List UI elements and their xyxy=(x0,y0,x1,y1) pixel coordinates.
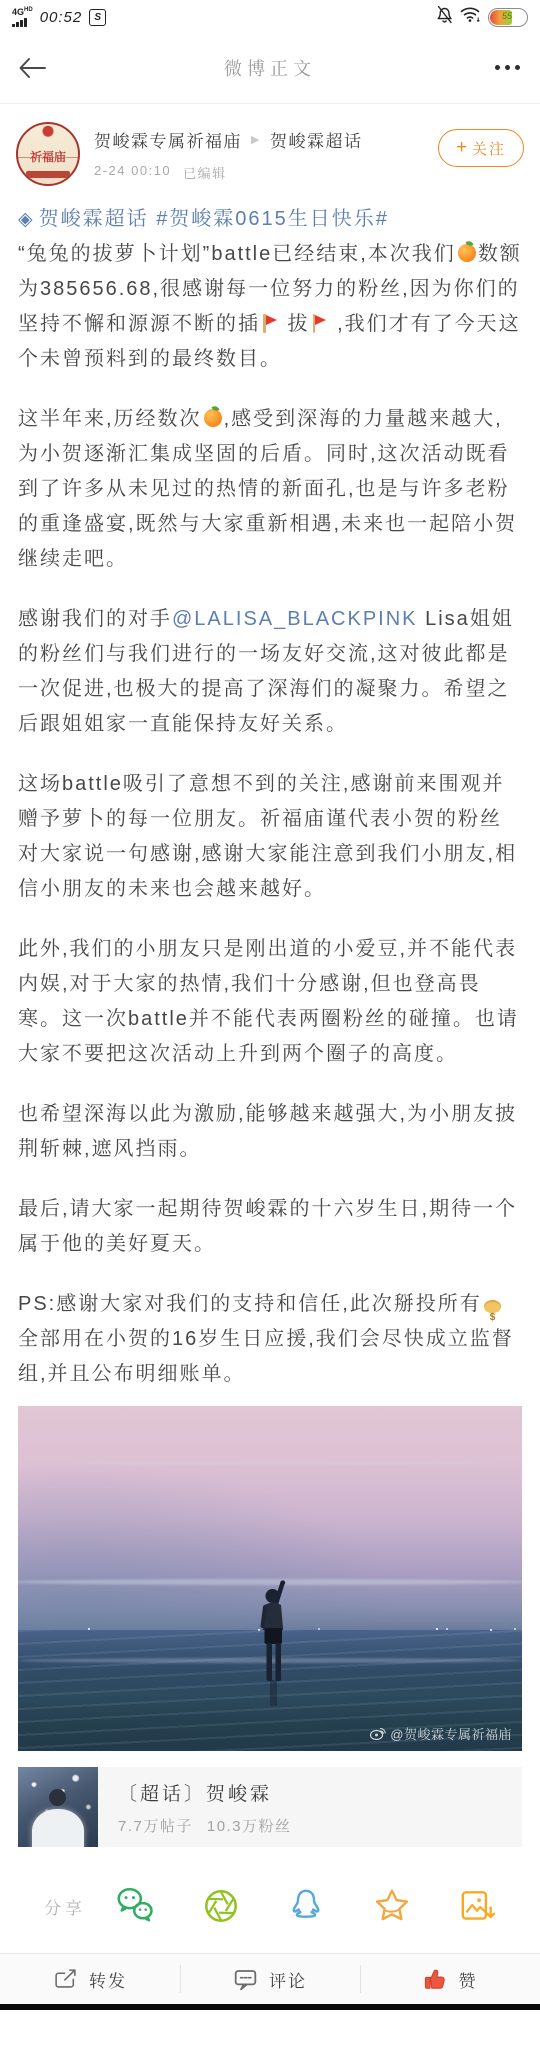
red-flag-emoji xyxy=(312,314,328,333)
action-bar: 转发 评论 赞 xyxy=(0,1953,540,2004)
supertopic-card[interactable]: 〔超话〕贺峻霖 7.7万帖子 10.3万粉丝 xyxy=(18,1767,522,1847)
avatar-temple-base xyxy=(26,171,70,178)
post-timestamp: 2-24 00:10 xyxy=(94,163,171,182)
share-wechat-button[interactable] xyxy=(114,1885,156,1927)
chevron-right-icon: ▶ xyxy=(251,133,261,146)
repost-button[interactable]: 转发 xyxy=(0,1954,180,2004)
status-left-cluster: 4GHD 00:52 S xyxy=(12,7,106,27)
avatar-temple-text: 祈福庙 xyxy=(18,148,78,165)
hashtag-link[interactable]: #贺峻霖0615生日快乐# xyxy=(156,208,389,230)
battery-percent-label: 55 xyxy=(502,11,512,21)
post-paragraph: PS:感谢大家对我们的支持和信任,此次掰投所有 全部用在小贺的16岁生日应援,我… xyxy=(18,1287,522,1392)
photo-horizon-lights xyxy=(18,1628,20,1630)
comment-icon xyxy=(233,1967,258,1992)
back-button[interactable] xyxy=(18,51,52,85)
post-text: 全部用在小贺的16岁生日应援,我们会尽快成立监督组,并且公布明细账单。 xyxy=(18,1328,514,1385)
post-text: 这半年来,历经数次 xyxy=(18,408,202,430)
tangerine-emoji xyxy=(458,244,476,262)
more-dots-icon xyxy=(505,65,510,70)
network-indicator: 4GHD xyxy=(12,7,33,27)
screen-bottom-edge xyxy=(0,2004,540,2010)
more-menu-button[interactable] xyxy=(493,59,522,76)
post-text: 最后,请大家一起期待贺峻霖的十六岁生日,期待一个属于他的美好夏天。 xyxy=(18,1198,517,1255)
post-paragraph: 此外,我们的小朋友只是刚出道的小爱豆,并不能代表内娱,对于大家的热情,我们十分感… xyxy=(18,932,522,1072)
s-badge-icon: S xyxy=(89,9,106,26)
tangerine-emoji xyxy=(204,409,222,427)
post-text: “兔兔的拔萝卜计划”battle已经结束,本次我们 xyxy=(18,243,456,265)
supertopic-card-text: 〔超话〕贺峻霖 7.7万帖子 10.3万粉丝 xyxy=(118,1779,292,1836)
supertopic-card-title: 〔超话〕贺峻霖 xyxy=(118,1779,292,1806)
comment-label: 评论 xyxy=(269,1967,307,1992)
mention-link[interactable]: @LALISA_BLACKPINK xyxy=(172,608,418,630)
share-label: 分享 xyxy=(44,1894,86,1919)
share-row: 分享 xyxy=(0,1847,540,1953)
weibo-post-screen: 4GHD 00:52 S 55 微博正文 祈福 xyxy=(0,0,540,2010)
post-text: 此外,我们的小朋友只是刚出道的小爱豆,并不能代表内娱,对于大家的热情,我们十分感… xyxy=(18,938,519,1065)
weibo-logo-icon xyxy=(370,1727,386,1740)
post-paragraph: 感谢我们的对手@LALISA_BLACKPINK Lisa姐姐的粉丝们与我们进行… xyxy=(18,602,522,742)
post-text: 拔 xyxy=(280,313,310,335)
follow-button[interactable]: + 关注 xyxy=(438,129,524,167)
post-edited-badge: 已编辑 xyxy=(183,163,227,182)
share-icons xyxy=(114,1885,498,1927)
share-qzone-button[interactable] xyxy=(371,1885,413,1927)
network-type-label: 4GHD xyxy=(12,7,33,17)
qzone-icon xyxy=(371,1885,413,1927)
qq-icon xyxy=(285,1885,327,1927)
author-topic-link[interactable]: 贺峻霖超话 xyxy=(270,127,363,152)
post-paragraph: 最后,请大家一起期待贺峻霖的十六岁生日,期待一个属于他的美好夏天。 xyxy=(18,1192,522,1262)
thumbs-up-icon xyxy=(423,1967,448,1992)
like-label: 赞 xyxy=(459,1967,478,1992)
wifi-icon xyxy=(460,6,481,28)
battery-icon: 55 xyxy=(488,8,528,27)
author-name[interactable]: 贺峻霖专属祈福庙 xyxy=(94,127,242,152)
more-dots-icon xyxy=(495,65,500,70)
post-paragraph: “兔兔的拔萝卜计划”battle已经结束,本次我们数额为385656.68,很感… xyxy=(18,237,522,377)
post-text: 也希望深海以此为激励,能够越来越强大,为小朋友披荆斩棘,遮风挡雨。 xyxy=(18,1103,517,1160)
status-right-cluster: 55 xyxy=(436,5,528,29)
signal-strength-icon xyxy=(12,18,27,27)
more-dots-icon xyxy=(515,65,520,70)
photo-watermark: @贺峻霖专属祈福庙 xyxy=(370,1724,512,1743)
supertopic-posts-count: 7.7万帖子 xyxy=(118,1815,193,1836)
back-arrow-icon xyxy=(18,57,46,79)
page-title: 微博正文 xyxy=(0,55,540,81)
supertopic-link[interactable]: 贺峻霖超话 xyxy=(39,208,149,230)
post-paragraph: 也希望深海以此为激励,能够越来越强大,为小朋友披荆斩棘,遮风挡雨。 xyxy=(18,1097,522,1167)
network-hd-badge: HD xyxy=(24,7,33,13)
plus-icon: + xyxy=(456,137,467,159)
like-button[interactable]: 赞 xyxy=(360,1954,540,2004)
clock-label: 00:52 xyxy=(40,9,83,26)
avatar[interactable]: 祈福庙 xyxy=(16,122,80,186)
red-flag-emoji xyxy=(262,314,278,333)
save-image-icon xyxy=(456,1885,498,1927)
mute-bell-icon xyxy=(436,5,453,29)
supertopic-gem-icon xyxy=(18,209,35,230)
status-bar: 4GHD 00:52 S 55 xyxy=(0,0,540,32)
supertopic-fans-count: 10.3万粉丝 xyxy=(207,1815,292,1836)
repost-icon xyxy=(53,1967,78,1992)
post-paragraph: 这半年来,历经数次,感受到深海的力量越来越大,为小贺逐渐汇集成坚固的后盾。同时,… xyxy=(18,402,522,577)
follow-button-label: 关注 xyxy=(472,138,506,159)
money-bag-emoji xyxy=(484,1295,501,1313)
wechat-icon xyxy=(114,1885,156,1927)
watermark-text: @贺峻霖专属祈福庙 xyxy=(390,1724,512,1743)
share-save-image-button[interactable] xyxy=(456,1885,498,1927)
post-header: 祈福庙 贺峻霖专属祈福庙 ▶ 贺峻霖超话 2-24 00:10 已编辑 + 关注 xyxy=(0,104,540,186)
post-text: PS:感谢大家对我们的支持和信任,此次掰投所有 xyxy=(18,1293,482,1315)
share-moments-button[interactable] xyxy=(200,1885,242,1927)
wechat-moments-icon xyxy=(200,1885,242,1927)
comment-button[interactable]: 评论 xyxy=(180,1954,360,2004)
post-text: ,感受到深海的力量越来越大,为小贺逐渐汇集成坚固的后盾。同时,这次活动既看到了许… xyxy=(18,408,517,570)
repost-label: 转发 xyxy=(89,1967,127,1992)
post-text: 这场battle吸引了意想不到的关注,感谢前来围观并赠予萝卜的每一位朋友。祈福庙… xyxy=(18,773,517,900)
post-paragraph: 贺峻霖超话 #贺峻霖0615生日快乐# xyxy=(18,202,522,237)
nav-bar: 微博正文 xyxy=(0,32,540,104)
post-photo[interactable]: @贺峻霖专属祈福庙 xyxy=(18,1406,522,1751)
photo-person-silhouette xyxy=(251,1580,297,1706)
supertopic-card-thumbnail xyxy=(18,1767,98,1847)
share-qq-button[interactable] xyxy=(285,1885,327,1927)
post-content: 贺峻霖超话 #贺峻霖0615生日快乐#“兔兔的拔萝卜计划”battle已经结束,… xyxy=(0,186,540,1392)
supertopic-card-stats: 7.7万帖子 10.3万粉丝 xyxy=(118,1815,292,1836)
post-paragraph: 这场battle吸引了意想不到的关注,感谢前来围观并赠予萝卜的每一位朋友。祈福庙… xyxy=(18,767,522,907)
post-text: 感谢我们的对手 xyxy=(18,608,172,630)
